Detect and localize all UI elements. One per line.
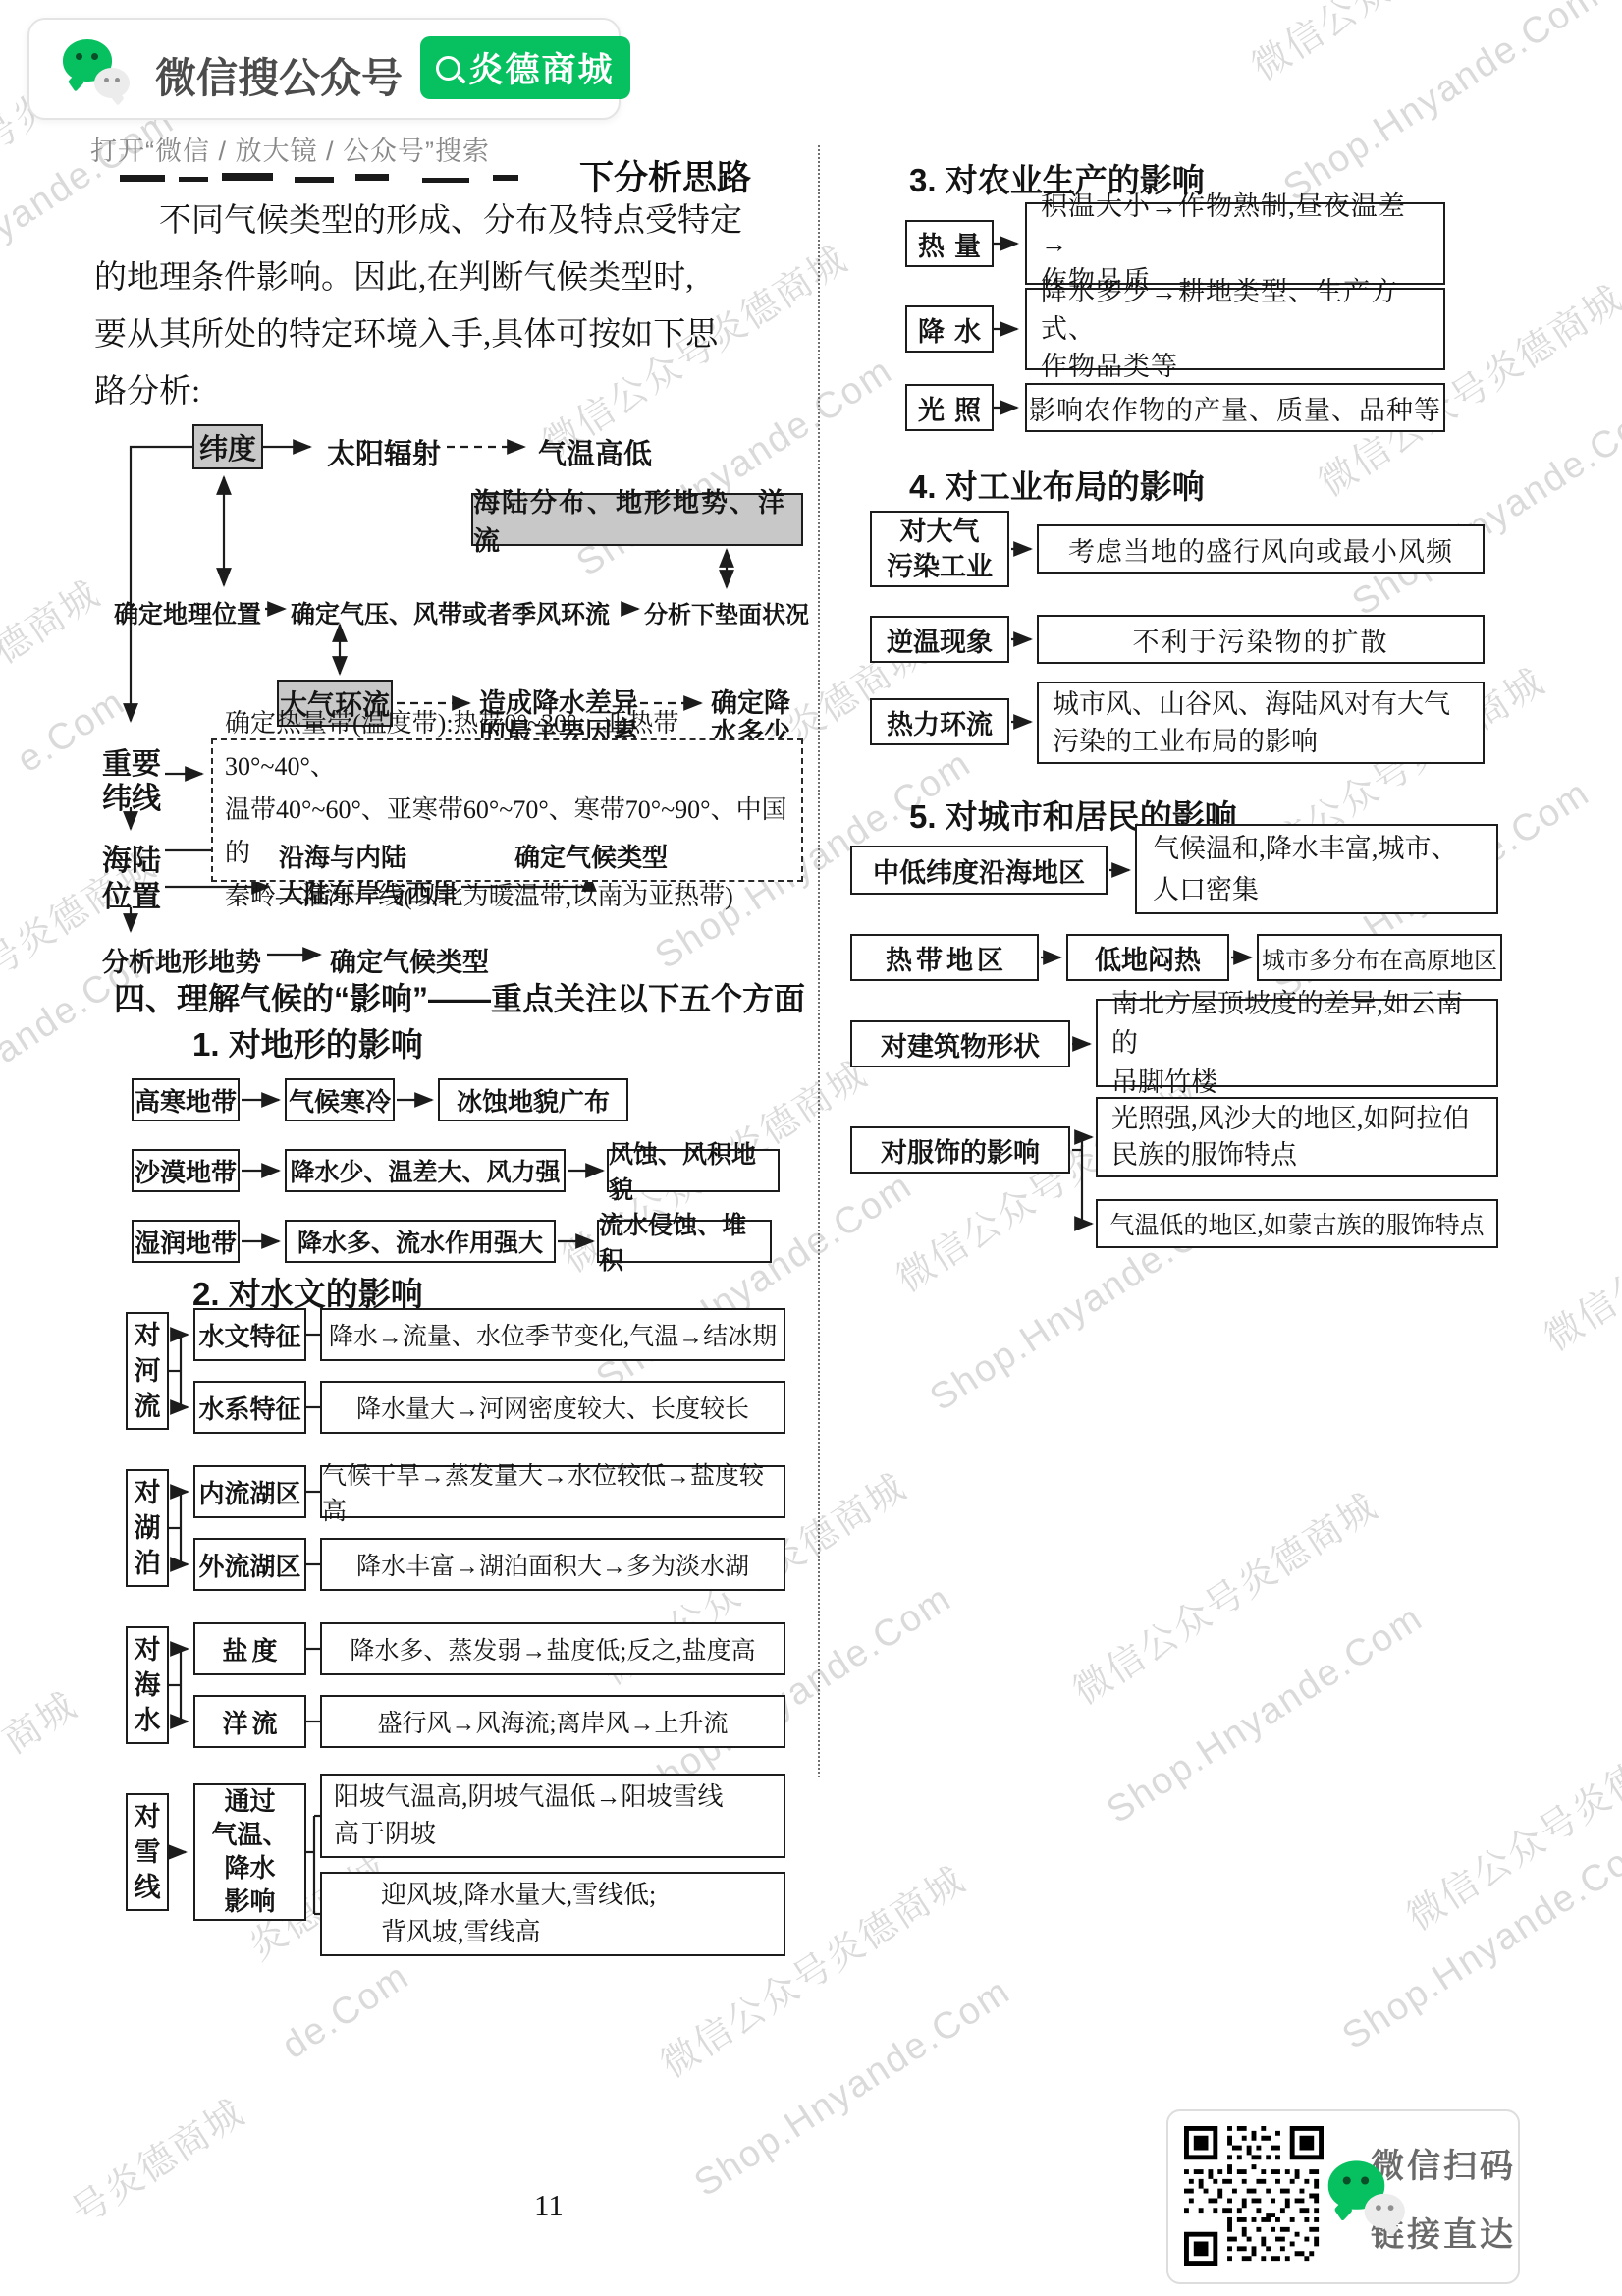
flow-important2: 纬线 [102,774,161,817]
impact4-r1-box: 考虑当地的盛行风向或最小风频 [1037,524,1485,574]
impact3-r2-box: 降水多少→耕地类型、生产方式、 作物品类等 [1025,288,1445,370]
clipped-heading-fragment [222,173,273,181]
impact4-r2-label: 逆温现象 [870,616,1009,663]
impact1-title: 1. 对地形的影响 [192,1019,423,1066]
intro-line: 的地理条件影响。因此,在判断气候类型时, [94,251,694,298]
impact2-lake-text1: 气候干旱→蒸发量大→水位较低→盐度较高 [320,1465,785,1518]
clipped-heading-fragment [120,175,165,182]
clipped-heading-fragment [295,177,334,183]
impact2-river-label: 对河流 [126,1312,169,1430]
impact5-r1-label: 中低纬度沿海地区 [850,846,1108,895]
wechat-search-overlay: 微信搜公众号 炎德商城 [27,18,621,120]
impact5-r3-box: 南北方屋顶坡度的差异,如云南的 吊脚竹楼 [1096,999,1498,1087]
impact2-sea-tag1: 盐度 [193,1622,306,1675]
impact3-r3-label: 光照 [905,384,994,431]
impact1-r3-a: 湿润地带 [132,1220,240,1263]
impact2-lake-label: 对湖泊 [126,1469,169,1587]
impact2-sea-text2: 盛行风→风海流;离岸风→上升流 [320,1695,785,1748]
flow-eastwest: 大陆东岸与西岸 [279,874,458,910]
intro-line: 路分析: [94,365,200,411]
impact5-r4-box2: 气温低的地区,如蒙古族的服饰特点 [1096,1199,1498,1248]
impact4-r2-box: 不利于污染物的扩散 [1037,615,1485,664]
impact1-r3-c: 流水侵蚀、堆积 [597,1220,772,1263]
clipped-heading-fragment [355,174,389,181]
shop-search-button[interactable]: 炎德商城 [420,36,630,99]
flow-solar: 太阳辐射 [327,432,441,472]
impact1-r1-a: 高寒地带 [132,1078,240,1121]
page-number: 11 [534,2188,564,2223]
flow-location: 确定地理位置 [114,595,261,630]
heatzone-line: 确定热量带(温度带):热带0°~30°、亚热带30°~40°、 [225,702,789,789]
shop-search-button-label: 炎德商城 [468,43,614,92]
flow-temp: 气温高低 [538,432,652,472]
impact4-r1-label: 对大气 污染工业 [870,511,1009,587]
wechat-icon [1328,2160,1408,2230]
qr-panel: 微信扫码 链接直达 [1166,2109,1520,2284]
impact3-r2-label: 降水 [905,305,994,353]
impact1-r2-b: 降水少、温差大、风力强 [285,1149,566,1192]
impact2-snow-box2: 迎风坡,降水量大,雪线低; 背风坡,雪线高 [320,1872,785,1956]
impact5-r1-box: 气候温和,降水丰富,城市、 人口密集 [1135,824,1498,914]
impact4-r3-box: 城市风、山谷风、海陆风对有大气 污染的工业布局的影响 [1037,682,1485,764]
flow-box-landsea: 海陆分布、地形地势、洋流 [471,493,803,546]
wechat-icon [63,39,132,100]
impact2-lake-tag1: 内流湖区 [193,1465,306,1518]
impact1-r2-a: 沙漠地带 [132,1149,240,1192]
impact2-sea-text1: 降水多、蒸发弱→盐度低;反之,盐度高 [320,1622,785,1675]
intro-line: 要从其所处的特定环境入手,具体可按如下思 [94,308,718,355]
impact5-r4-label: 对服饰的影响 [850,1126,1070,1174]
wechat-search-label: 微信搜公众号 [155,46,403,105]
clipped-heading-fragment [422,178,469,183]
impact3-r3-box: 影响农作物的产量、质量、品种等 [1025,383,1445,432]
impact4-r3-label: 热力环流 [870,698,1009,745]
search-icon [436,56,460,81]
section4-heading: 四、理解气候的“影响”——重点关注以下五个方面 [114,974,805,1019]
impact2-snow-box1: 阳坡气温高,阴坡气温低→阳坡雪线 高于阴坡 [320,1774,785,1858]
intro-line: 不同气候类型的形成、分布及特点受特定 [94,194,742,241]
impact1-r3-b: 降水多、流水作用强大 [285,1220,556,1263]
impact5-r2-mid: 低地闷热 [1066,934,1229,981]
impact2-lake-tag2: 外流湖区 [193,1538,306,1591]
document-page: 微信公众号炎德商城Shop.Hnyande.Com号炎德商城Hnyande.Co… [0,0,1622,2296]
impact5-r2-end: 城市多分布在高原地区 [1257,934,1502,981]
flow-surface: 分析下垫面状况 [644,595,809,629]
impact1-r1-c: 冰蚀地貌广布 [438,1078,628,1121]
clipped-heading-fragment [179,177,208,182]
flow-coastal: 沿海与内陆 [279,838,406,874]
open-wechat-caption: 打开“微信 / 放大镜 / 公众号”搜索 [90,130,490,168]
impact2-sea-tag2: 洋流 [193,1695,306,1748]
flow-box-latitude: 纬度 [192,424,263,469]
impact2-river-text2: 降水量大→河网密度较大、长度较长 [320,1381,785,1434]
flow-pressure: 确定气压、风带或者季风环流 [291,595,610,630]
impact5-r3-label: 对建筑物形状 [850,1020,1070,1067]
impact2-river-tag2: 水系特征 [193,1381,306,1434]
impact2-sea-label: 对海水 [126,1626,169,1744]
clipped-heading-fragment [493,175,518,181]
impact2-river-text1: 降水→流量、水位季节变化,气温→结冰期 [320,1308,785,1361]
qr-code [1184,2126,1324,2266]
impact5-r4-box1: 光照强,风沙大的地区,如阿拉伯 民族的服饰特点 [1096,1097,1498,1177]
flow-climate-type-a: 确定气候类型 [514,838,668,874]
impact1-r2-c: 风蚀、风积地貌 [607,1149,780,1192]
impact1-r1-b: 气候寒冷 [285,1078,395,1121]
impact2-snow-via: 通过 气温、 降水 影响 [193,1783,306,1921]
impact4-title: 4. 对工业布局的影响 [909,462,1205,508]
impact2-snow-label: 对雪线 [126,1793,169,1911]
section-heading-tail: 下分析思路 [579,151,751,200]
impact3-r1-label: 热量 [905,220,994,267]
impact2-river-tag1: 水文特征 [193,1308,306,1361]
impact2-lake-text2: 降水丰富→湖泊面积大→多为淡水湖 [320,1538,785,1591]
impact5-r2-label: 热带地区 [850,934,1039,981]
flow-landsea-pos2: 位置 [102,872,161,915]
